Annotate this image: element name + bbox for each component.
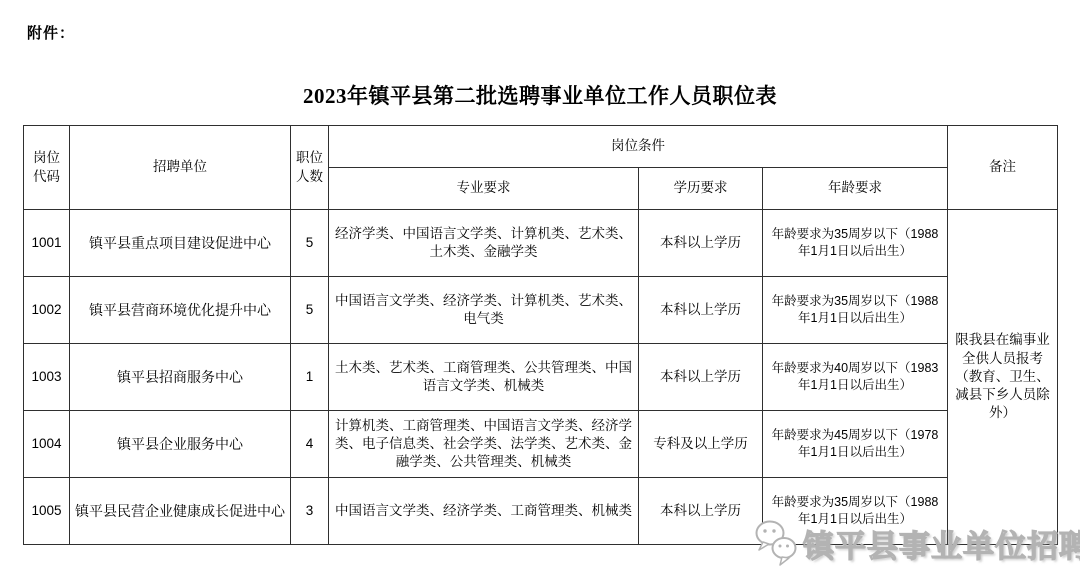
cell-recruiting-unit: 镇平县重点项目建设促进中心 [70, 210, 291, 277]
cell-education-requirement: 本科以上学历 [639, 344, 763, 411]
cell-recruiting-unit: 镇平县企业服务中心 [70, 411, 291, 478]
table-row: 1004 镇平县企业服务中心 4 计算机类、工商管理类、中国语言文学类、经济学类… [24, 411, 1058, 478]
cell-recruiting-unit: 镇平县营商环境优化提升中心 [70, 277, 291, 344]
cell-age-requirement: 年龄要求为35周岁以下（1988年1月1日以后出生） [763, 210, 948, 277]
cell-position-count: 5 [291, 210, 329, 277]
table-row: 1002 镇平县营商环境优化提升中心 5 中国语言文学类、经济学类、计算机类、艺… [24, 277, 1058, 344]
cell-recruiting-unit: 镇平县民营企业健康成长促进中心 [70, 478, 291, 545]
cell-position-count: 3 [291, 478, 329, 545]
cell-position-count: 4 [291, 411, 329, 478]
job-positions-table: 岗位代码 招聘单位 职位人数 岗位条件 备注 专业要求 学历要求 年龄要求 10… [23, 125, 1058, 545]
cell-major-requirement: 计算机类、工商管理类、中国语言文学类、经济学类、电子信息类、社会学类、法学类、艺… [329, 411, 639, 478]
table-row: 1001 镇平县重点项目建设促进中心 5 经济学类、中国语言文学类、计算机类、艺… [24, 210, 1058, 277]
cell-position-count: 5 [291, 277, 329, 344]
cell-position-code: 1002 [24, 277, 70, 344]
wechat-icon [753, 518, 801, 568]
cell-major-requirement: 中国语言文学类、经济学类、计算机类、艺术类、电气类 [329, 277, 639, 344]
cell-education-requirement: 本科以上学历 [639, 210, 763, 277]
cell-age-requirement: 年龄要求为35周岁以下（1988年1月1日以后出生） [763, 277, 948, 344]
cell-position-code: 1003 [24, 344, 70, 411]
header-remarks: 备注 [948, 126, 1058, 210]
cell-position-code: 1005 [24, 478, 70, 545]
header-position-count: 职位人数 [291, 126, 329, 210]
cell-education-requirement: 本科以上学历 [639, 478, 763, 545]
cell-position-count: 1 [291, 344, 329, 411]
header-major-requirement: 专业要求 [329, 168, 639, 210]
cell-education-requirement: 本科以上学历 [639, 277, 763, 344]
table-row: 1003 镇平县招商服务中心 1 土木类、艺术类、工商管理类、公共管理类、中国语… [24, 344, 1058, 411]
cell-age-requirement: 年龄要求为40周岁以下（1983年1月1日以后出生） [763, 344, 948, 411]
header-age-requirement: 年龄要求 [763, 168, 948, 210]
header-recruiting-unit: 招聘单位 [70, 126, 291, 210]
cell-major-requirement: 经济学类、中国语言文学类、计算机类、艺术类、土木类、金融学类 [329, 210, 639, 277]
header-education-requirement: 学历要求 [639, 168, 763, 210]
cell-recruiting-unit: 镇平县招商服务中心 [70, 344, 291, 411]
header-position-code: 岗位代码 [24, 126, 70, 210]
job-positions-table-wrap: 岗位代码 招聘单位 职位人数 岗位条件 备注 专业要求 学历要求 年龄要求 10… [23, 125, 1057, 545]
attachment-label: 附件： [27, 22, 75, 43]
cell-major-requirement: 中国语言文学类、经济学类、工商管理类、机械类 [329, 478, 639, 545]
cell-position-code: 1004 [24, 411, 70, 478]
watermark: 镇平县事业单位招聘 [753, 518, 1080, 568]
cell-education-requirement: 专科及以上学历 [639, 411, 763, 478]
watermark-text: 镇平县事业单位招聘 [803, 521, 1080, 566]
cell-major-requirement: 土木类、艺术类、工商管理类、公共管理类、中国语言文学类、机械类 [329, 344, 639, 411]
header-position-conditions: 岗位条件 [329, 126, 948, 168]
cell-remarks: 限我县在编事业全供人员报考（教育、卫生、减县下乡人员除外） [948, 210, 1058, 545]
page-title: 2023年镇平县第二批选聘事业单位工作人员职位表 [0, 80, 1080, 110]
cell-age-requirement: 年龄要求为45周岁以下（1978年1月1日以后出生） [763, 411, 948, 478]
cell-position-code: 1001 [24, 210, 70, 277]
